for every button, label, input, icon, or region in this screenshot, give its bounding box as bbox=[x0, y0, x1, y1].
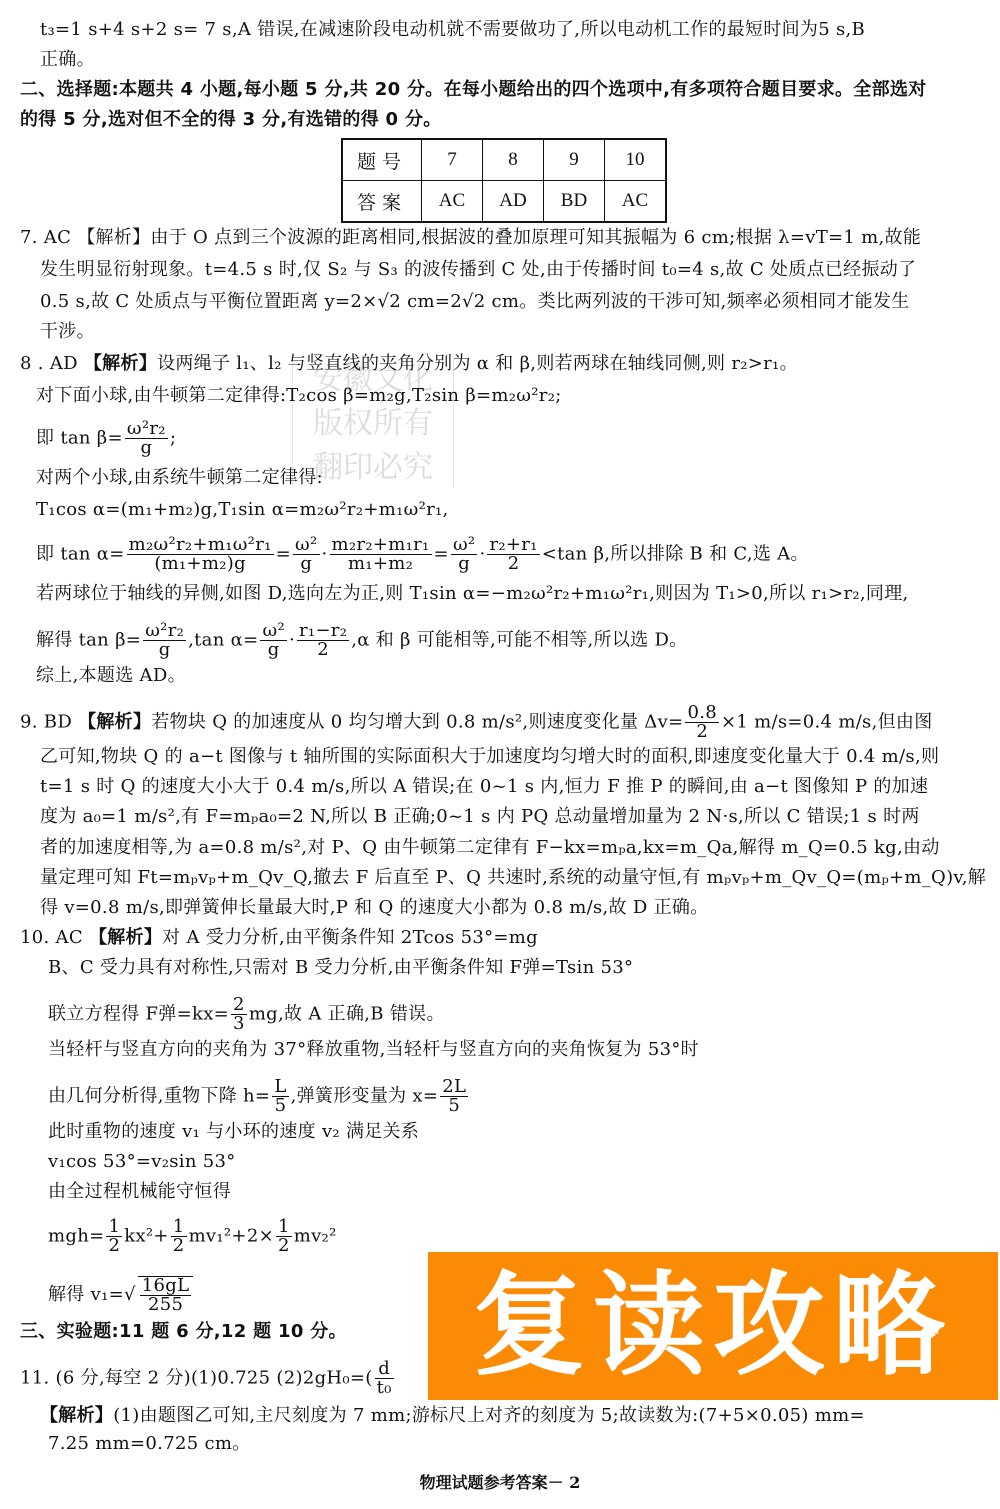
table-header-question: 题号 bbox=[342, 139, 422, 181]
q8-l8-text: 解得 tan β= bbox=[36, 630, 141, 651]
q10-line-6: 此时重物的速度 v₁ 与小环的速度 v₂ 满足关系 bbox=[48, 1120, 419, 1144]
fraction: 23 bbox=[231, 996, 247, 1033]
q10-l5-mid: ,弹簧形变量为 x= bbox=[291, 1086, 439, 1107]
q9-number: 9. BD bbox=[20, 712, 78, 733]
fraction: ω²r₂g bbox=[143, 622, 186, 659]
table-cell-q10: 10 bbox=[605, 139, 667, 181]
q11-l1-text: 11. (6 分,每空 2 分)(1)0.725 (2)2gH₀=( bbox=[20, 1368, 373, 1389]
answer-table: 题号 7 8 9 10 答案 AC AD BD AC bbox=[341, 138, 667, 223]
frac-den: 255 bbox=[140, 1296, 192, 1314]
table-cell-a9: BD bbox=[544, 181, 605, 223]
frac-den: 5 bbox=[272, 1097, 288, 1115]
q10-l9-text: mgh= bbox=[48, 1226, 104, 1247]
fraction: 2L5 bbox=[440, 1078, 468, 1115]
q8-analysis-tag: 【解析】 bbox=[84, 353, 157, 374]
q8-line-5: T₁cos α=(m₁+m₂)g,T₁sin α=m₂ω²r₂+m₁ω²r₁, bbox=[36, 498, 449, 522]
table-cell-a10: AC bbox=[605, 181, 667, 223]
q10-l5-text: 由几何分析得,重物下降 h= bbox=[48, 1086, 270, 1107]
fraction: ω²g bbox=[293, 536, 320, 573]
table-header-answer: 答案 bbox=[342, 181, 422, 223]
fraction: ω²g bbox=[260, 622, 287, 659]
q10-line-8: 由全过程机械能守恒得 bbox=[48, 1180, 231, 1204]
q10-line-9: mgh=12kx²+12mv₁²+2×12mv₂² bbox=[48, 1218, 337, 1255]
q7-line-4: 干涉。 bbox=[40, 320, 95, 344]
q8-text: 设两绳子 l₁、l₂ 与竖直线的夹角分别为 α 和 β,则若两球在轴线同侧,则 … bbox=[157, 353, 798, 374]
q9-line-2: 乙可知,物块 Q 的 a−t 图像与 t 轴所围的实际面积大于加速度均匀增大时的… bbox=[40, 745, 939, 769]
fraction: r₂+r₁2 bbox=[487, 536, 539, 573]
table-cell-a7: AC bbox=[422, 181, 483, 223]
table-cell-a8: AD bbox=[483, 181, 544, 223]
table-row-answers: 答案 AC AD BD AC bbox=[342, 181, 666, 223]
q8-line-2: 对下面小球,由牛顿第二定律得:T₂cos β=m₂g,T₂sin β=m₂ω²r… bbox=[36, 384, 562, 408]
section2-heading-2: 的得 5 分,选对但不全的得 3 分,有选错的得 0 分。 bbox=[20, 108, 442, 132]
q10-line-4: 当轻杆与竖直方向的夹角为 37°释放重物,当轻杆与竖直方向的夹角恢复为 53°时 bbox=[48, 1038, 699, 1062]
q9-line-1: 9. BD 【解析】若物块 Q 的加速度从 0 均匀增大到 0.8 m/s²,则… bbox=[20, 704, 933, 741]
fraction: ω²g bbox=[451, 536, 478, 573]
q8-l8-post: ,α 和 β 可能相等,可能不相等,所以选 D。 bbox=[351, 630, 687, 651]
fraction: 12 bbox=[106, 1218, 122, 1255]
frac-den: 5 bbox=[440, 1097, 468, 1115]
q8-line-1: 8 . AD 【解析】设两绳子 l₁、l₂ 与竖直线的夹角分别为 α 和 β,则… bbox=[20, 352, 798, 376]
q11-line-2: 【解析】(1)由题图乙可知,主尺刻度为 7 mm;游标尺上对齐的刻度为 5;故读… bbox=[40, 1404, 865, 1428]
fraction: ω²r₂g bbox=[125, 420, 168, 457]
q10-line-1: 10. AC 【解析】对 A 受力分析,由平衡条件知 2Tcos 53°=mg bbox=[20, 926, 538, 950]
q10-l3-post: mg,故 A 正确,B 错误。 bbox=[249, 1004, 445, 1025]
q8-line-9: 综上,本题选 AD。 bbox=[36, 664, 186, 688]
table-cell-q8: 8 bbox=[483, 139, 544, 181]
q8-l6-text: 即 tan α= bbox=[36, 544, 125, 565]
q9-l1-a: 若物块 Q 的加速度从 0 均匀增大到 0.8 m/s²,则速度变化量 Δv= bbox=[151, 712, 683, 733]
q9-line-6: 量定理可知 Ft=mₚvₚ+m_Qv_Q,撤去 F 后直至 P、Q 共速时,系统… bbox=[40, 866, 986, 890]
q8-line-6: 即 tan α=m₂ω²r₂+m₁ω²r₁(m₁+m₂)g=ω²g·m₂r₂+m… bbox=[36, 536, 809, 573]
promo-banner: 复读攻略 bbox=[428, 1252, 998, 1400]
section2-heading-1: 二、选择题:本题共 4 小题,每小题 5 分,共 20 分。在每小题给出的四个选… bbox=[20, 78, 927, 102]
q10-number: 10. AC bbox=[20, 927, 89, 948]
q8-line-7: 若两球位于轴线的异侧,如图 D,选向左为正,则 T₁sin α=−m₂ω²r₂+… bbox=[36, 582, 909, 606]
q10-line-7: v₁cos 53°=v₂sin 53° bbox=[48, 1150, 236, 1174]
q9-l1-b: ×1 m/s=0.4 m/s,但由图 bbox=[721, 712, 933, 733]
q11-line-3: 7.25 mm=0.725 cm。 bbox=[48, 1432, 251, 1456]
table-cell-q7: 7 bbox=[422, 139, 483, 181]
q8-number: 8 . AD bbox=[20, 353, 84, 374]
q10-l10-text: 解得 v₁= bbox=[48, 1284, 124, 1305]
intro-line-2: 正确。 bbox=[40, 48, 95, 72]
frac-den: t₀ bbox=[375, 1379, 394, 1397]
q7-line-3: 0.5 s,故 C 处质点与平衡位置距离 y=2×√2 cm=2√2 cm。类比… bbox=[40, 290, 910, 314]
q7-line-2: 发生明显衍射现象。t=4.5 s 时,仅 S₂ 与 S₃ 的波传播到 C 处,由… bbox=[40, 258, 916, 282]
fraction: dt₀ bbox=[375, 1360, 394, 1397]
fraction: r₁−r₂2 bbox=[297, 622, 349, 659]
watermark-line-2: 版权所有 bbox=[293, 402, 453, 446]
table-row-questions: 题号 7 8 9 10 bbox=[342, 139, 666, 181]
q10-line-3: 联立方程得 F弹=kx=23mg,故 A 正确,B 错误。 bbox=[48, 996, 445, 1033]
q9-analysis-tag: 【解析】 bbox=[78, 712, 151, 733]
q11-analysis-tag: 【解析】 bbox=[40, 1405, 113, 1426]
q8-line-3: 即 tan β=ω²r₂g; bbox=[36, 420, 176, 457]
q9-line-7: 得 v=0.8 m/s,即弹簧伸长量最大时,P 和 Q 的速度大小都为 0.8 … bbox=[40, 896, 709, 920]
q8-l3-text: 即 tan β= bbox=[36, 428, 123, 449]
fraction: m₂ω²r₂+m₁ω²r₁(m₁+m₂)g bbox=[127, 536, 274, 573]
q11-line-1: 11. (6 分,每空 2 分)(1)0.725 (2)2gH₀=(dt₀ bbox=[20, 1360, 396, 1397]
q10-l3-text: 联立方程得 F弹=kx= bbox=[48, 1004, 229, 1025]
q8-l6-post: <tan β,所以排除 B 和 C,选 A。 bbox=[542, 544, 809, 565]
q9-line-3: t=1 s 时 Q 的速度大小大于 0.4 m/s,所以 A 错误;在 0~1 … bbox=[40, 775, 928, 799]
fraction: L5 bbox=[272, 1078, 288, 1115]
fraction: 12 bbox=[276, 1218, 292, 1255]
table-cell-q9: 9 bbox=[544, 139, 605, 181]
q10-l1-text: 对 A 受力分析,由平衡条件知 2Tcos 53°=mg bbox=[162, 927, 538, 948]
fraction: m₂r₂+m₁r₁m₁+m₂ bbox=[330, 536, 432, 573]
q10-analysis-tag: 【解析】 bbox=[89, 927, 162, 948]
intro-line-1: t₃=1 s+4 s+2 s= 7 s,A 错误,在减速阶段电动机就不需要做功了… bbox=[40, 18, 865, 42]
q11-l2-text: (1)由题图乙可知,主尺刻度为 7 mm;游标尺上对齐的刻度为 5;故读数为:(… bbox=[113, 1405, 865, 1426]
q7-line-1: 7. AC 【解析】由于 O 点到三个波源的距离相同,根据波的叠加原理可知其振幅… bbox=[20, 226, 921, 250]
sqrt-fraction: 16gL255 bbox=[138, 1276, 194, 1314]
section3-heading: 三、实验题:11 题 6 分,12 题 10 分。 bbox=[20, 1320, 347, 1344]
frac-den: 3 bbox=[231, 1015, 247, 1033]
fraction: 12 bbox=[171, 1218, 187, 1255]
fraction: 0.82 bbox=[685, 704, 719, 741]
q10-line-5: 由几何分析得,重物下降 h=L5,弹簧形变量为 x=2L5 bbox=[48, 1078, 470, 1115]
q8-line-8: 解得 tan β=ω²r₂g,tan α=ω²g·r₁−r₂2,α 和 β 可能… bbox=[36, 622, 687, 659]
q10-line-10: 解得 v₁=√16gL255 bbox=[48, 1276, 195, 1314]
q9-line-4: 度为 a₀=1 m/s²,有 F=mₚa₀=2 N,所以 B 正确;0~1 s … bbox=[40, 805, 920, 829]
q10-line-2: B、C 受力具有对称性,只需对 B 受力分析,由平衡条件知 F弹=Tsin 53… bbox=[48, 956, 633, 980]
q9-line-5: 者的加速度相等,为 a=0.8 m/s²,对 P、Q 由牛顿第二定律有 F−kx… bbox=[40, 836, 940, 860]
q8-line-4: 对两个小球,由系统牛顿第二定律得: bbox=[36, 466, 323, 490]
page-footer: 物理试题参考答案－ 2 bbox=[0, 1470, 1000, 1493]
q8-l8-mid: ,tan α= bbox=[188, 630, 258, 651]
